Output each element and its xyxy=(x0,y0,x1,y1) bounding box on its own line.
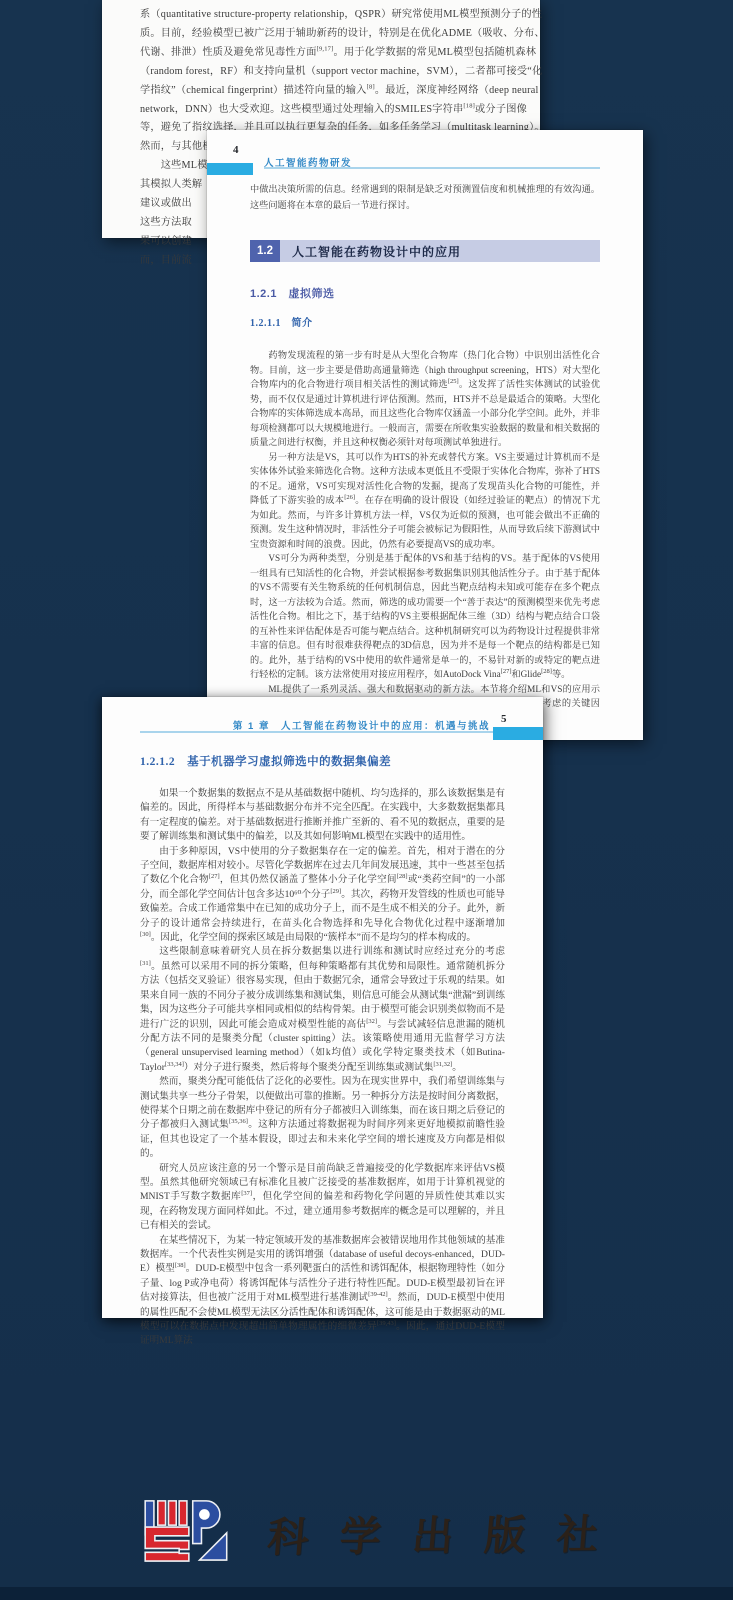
publisher-calligraphy: 科 学 出 版 社 xyxy=(266,1501,601,1564)
paragraph: 然而，聚类分配可能低估了泛化的必要性。因为在现实世界中，我们希望训练集与测试集共… xyxy=(140,1075,505,1161)
text-line: network，DNN）也大受欢迎。这些模型通过处理输入的SMILES字符串[1… xyxy=(140,101,502,120)
paragraph: 由于多种原因，VS中使用的分子数据集存在一定的偏差。首先，相对于潜在的分子空间，… xyxy=(140,845,505,946)
text-line: （random forest，RF）和支持向量机（support vector … xyxy=(140,63,502,82)
paragraph: 药物发现流程的第一步有时是从大型化合物库（热门化合物）中识别出活性化合物。目前，… xyxy=(250,348,600,450)
section-title: 人工智能在药物设计中的应用 xyxy=(280,240,461,262)
calligraphy-char: 版 xyxy=(482,1502,528,1561)
section-banner: 1.2 人工智能在药物设计中的应用 xyxy=(250,240,600,262)
calligraphy-char: 学 xyxy=(338,1503,384,1562)
subsubsection-heading: 1.2.1.2 基于机器学习虚拟筛选中的数据集偏差 xyxy=(140,753,391,769)
page-number: 5 xyxy=(501,713,507,725)
running-header: 第 1 章 人工智能在药物设计中的应用：机遇与挑战 xyxy=(233,718,490,732)
paragraph: 如果一个数据集的数据点不是从基础数据中随机、均匀选择的，那么该数据集是有偏差的。… xyxy=(140,787,505,845)
page-number-tab xyxy=(493,727,543,740)
book-preview-canvas: 系（quantitative structure-property relati… xyxy=(0,0,733,1600)
paragraph: 在某些情况下，为某一特定领域开发的基准数据库会被错误地用作其他领域的基准数据库。… xyxy=(140,1234,505,1349)
calligraphy-char: 出 xyxy=(410,1502,456,1561)
paragraph: 研究人员应该注意的另一个警示是目前尚缺乏普遍接受的化学数据库来评估VS模型。虽然… xyxy=(140,1162,505,1234)
calligraphy-char: 社 xyxy=(555,1501,601,1560)
text-line: 代谢、排泄）性质及避免常见毒性方面[9,17]。用于化学数据的常见ML模型包括随… xyxy=(140,44,502,63)
header-rule xyxy=(140,731,493,733)
paragraph: VS可分为两种类型，分别是基于配体的VS和基于结构的VS。基于配体的VS使用一组… xyxy=(250,551,600,682)
text-line: 系（quantitative structure-property relati… xyxy=(140,6,502,25)
page-number-tab xyxy=(207,163,253,175)
page4-body: 药物发现流程的第一步有时是从大型化合物库（热门化合物）中识别出活性化合物。目前，… xyxy=(250,348,600,725)
header-rule xyxy=(264,167,600,169)
paragraph: 中做出决策所需的信息。经常遇到的限制是缺乏对预测置信度和机械推理的有效沟通。这些… xyxy=(250,182,600,213)
subsubsection-heading: 1.2.1.1 简介 xyxy=(250,314,313,329)
page-number: 4 xyxy=(233,144,239,156)
bottom-strip xyxy=(0,1587,733,1600)
page-5: 第 1 章 人工智能在药物设计中的应用：机遇与挑战 5 1.2.1.2 基于机器… xyxy=(102,697,543,1318)
text-line: 学指纹”（chemical fingerprint）描述符向量的输入[8]。最近… xyxy=(140,82,502,101)
page-4: 4 人工智能药物研发 中做出决策所需的信息。经常遇到的限制是缺乏对预测置信度和机… xyxy=(207,130,643,740)
subsection-heading: 1.2.1 虚拟筛选 xyxy=(250,285,334,301)
page5-body: 如果一个数据集的数据点不是从基础数据中随机、均匀选择的，那么该数据集是有偏差的。… xyxy=(140,787,505,1349)
paragraph: 另一种方法是VS，其可以作为HTS的补充或替代方案。VS主要通过计算机而不是实体… xyxy=(250,450,600,552)
text-line: 质。目前，经验模型已被广泛用于辅助新药的设计，特别是在优化ADME（吸收、分布、 xyxy=(140,25,502,44)
science-press-logo-icon xyxy=(138,1497,230,1563)
section-number-box: 1.2 xyxy=(250,240,280,262)
paragraph: 这些限制意味着研究人员在拆分数据集以进行训练和测试时应经过充分的考虑[31]。虽… xyxy=(140,945,505,1075)
calligraphy-char: 科 xyxy=(266,1504,312,1563)
